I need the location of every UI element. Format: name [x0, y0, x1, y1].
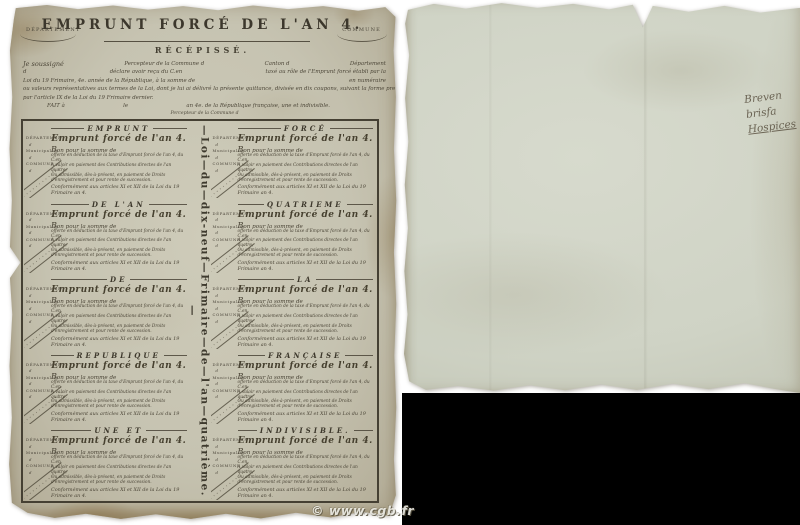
receipt-segment: par l'article IX de la Loi du 19 Frimair…	[23, 94, 154, 102]
coupon-header: REPUBLIQUE	[51, 351, 187, 360]
dash-rule	[330, 128, 373, 129]
margin-label: Municipalité	[26, 450, 50, 457]
coupon-header: UNE ET	[51, 426, 187, 435]
coupon-script-title: Emprunt forcé de l'an 4.	[238, 210, 374, 220]
dash-rule	[51, 128, 84, 129]
margin-label: COMMUNE	[26, 463, 50, 470]
coupon: EMPRUNT DÉPARTEMENTdMunicipalitédCOMMUNE…	[24, 122, 190, 198]
coupon-header: DE L'AN	[51, 200, 187, 209]
coupon-word: FORCÉ	[284, 124, 327, 133]
receipt-line: ou valeurs représentatives aux termes de…	[23, 85, 386, 93]
receipt-segment: Percepteur de la Commune d	[124, 60, 204, 68]
margin-label: DÉPARTEMENT	[213, 135, 237, 142]
coupon-line-admissible: Ou admissible, dès-à-présent, en paiemen…	[51, 249, 187, 259]
dash-rule	[164, 355, 187, 356]
dash-rule	[316, 279, 373, 280]
coupon-script-title: Emprunt forcé de l'an 4.	[238, 285, 374, 295]
coupon-header: FRANÇAISE	[238, 351, 374, 360]
coupon-line-admissible: Ou admissible, dès-à-présent, en paiemen…	[238, 400, 374, 410]
coupon-script-title: Emprunt forcé de l'an 4.	[238, 361, 374, 371]
margin-labels: DÉPARTEMENTdMunicipalitédCOMMUNEd	[213, 211, 237, 250]
coupon-line-admissible: Ou admissible, dès-à-présent, en paiemen…	[238, 476, 374, 486]
receipt-line: ddéclare avoir reçu du C.entaxé au rôle …	[23, 68, 386, 76]
coupon-header: INDIVISIBLE.	[238, 426, 374, 435]
coupon: QUATRIEME DÉPARTEMENTdMunicipalitédCOMMU…	[211, 198, 377, 274]
coupon-grid: —Loi—du—dix-neuf—Frimaire—de—l'an—quatri…	[21, 119, 379, 503]
margin-labels: DÉPARTEMENTdMunicipalitédCOMMUNEd	[213, 437, 237, 476]
margin-labels: DÉPARTEMENTdMunicipalitédCOMMUNEd	[213, 286, 237, 325]
coupon: REPUBLIQUE DÉPARTEMENTdMunicipalitédCOMM…	[24, 349, 190, 425]
verso-sheet	[402, 0, 800, 393]
coupon-word: EMPRUNT	[87, 124, 150, 133]
margin-label: COMMUNE	[26, 161, 50, 168]
coupon-line-admissible: Ou admissible, dès-à-présent, en paiemen…	[51, 400, 187, 410]
verso-paper	[402, 0, 800, 393]
coupon-word: FRANÇAISE	[268, 351, 342, 360]
vertical-law-text: —Loi—du—dix-neuf—Frimaire—de—l'an—quatri…	[190, 122, 211, 500]
margin-labels: DÉPARTEMENTdMunicipalitédCOMMUNEd	[26, 437, 50, 476]
recto-sheet: DÉPARTEMENT EMPRUNT FORCÉ DE L'AN 4. COM…	[8, 4, 397, 521]
dash-rule	[238, 279, 295, 280]
recepisse-heading: RÉCÉPISSÉ.	[8, 45, 397, 55]
handwriting-annotation: BrevenbrisfaHospices	[743, 87, 797, 138]
margin-label: Municipalité	[26, 299, 50, 306]
coupon-line-admissible: Ou admissible, dès-à-présent, en paiemen…	[238, 325, 374, 335]
coupon-script-title: Emprunt forcé de l'an 4.	[51, 285, 187, 295]
coupon-line-conform: Conformément aux articles XI et XII de l…	[238, 260, 374, 272]
coupon-line-conform: Conformément aux articles XI et XII de l…	[238, 184, 374, 196]
coupon-line-conform: Conformément aux articles XI et XII de l…	[51, 487, 187, 499]
receipt-segment: d	[23, 68, 26, 76]
coupon: DE DÉPARTEMENTdMunicipalitédCOMMUNEd Emp…	[24, 273, 190, 349]
margin-label: DÉPARTEMENT	[26, 135, 50, 142]
coupon-line-conform: Conformément aux articles XI et XII de l…	[238, 411, 374, 423]
receipt-line: Percepteur de la Commune d	[23, 110, 386, 118]
margin-labels: DÉPARTEMENTdMunicipalitédCOMMUNEd	[26, 362, 50, 401]
margin-label: COMMUNE	[213, 161, 237, 168]
coupon-word: UNE ET	[94, 426, 143, 435]
receipt-segment: Je soussigné	[23, 60, 64, 68]
dash-rule	[238, 355, 266, 356]
dash-rule	[51, 204, 89, 205]
receipt-segment: déclare avoir reçu du C.en	[110, 68, 183, 76]
dash-rule	[51, 355, 74, 356]
title-rule	[104, 41, 310, 42]
coupon: INDIVISIBLE. DÉPARTEMENTdMunicipalitédCO…	[211, 424, 377, 500]
coupon-header: QUATRIEME	[238, 200, 374, 209]
dash-rule	[130, 279, 186, 280]
coupon-word: LA	[297, 275, 313, 284]
coupon-line-admissible: Ou admissible, dès-à-présent, en paiemen…	[51, 325, 187, 335]
coupon: FORCÉ DÉPARTEMENTdMunicipalitédCOMMUNEd …	[211, 122, 377, 198]
coupon-header: FORCÉ	[238, 124, 374, 133]
margin-label: COMMUNE	[213, 463, 237, 470]
receipt-segment: an 4e. de la République française, une e…	[186, 102, 330, 110]
commune-label: COMMUNE	[342, 27, 381, 33]
margin-labels: DÉPARTEMENTdMunicipalitédCOMMUNEd	[26, 211, 50, 250]
coupon: FRANÇAISE DÉPARTEMENTdMunicipalitédCOMMU…	[211, 349, 377, 425]
receipt-line: FAIT àlean 4e. de la République français…	[23, 102, 386, 110]
coupon-header: EMPRUNT	[51, 124, 187, 133]
coupon-line-admissible: Ou admissible, dès-à-présent, en paiemen…	[51, 174, 187, 184]
dash-rule	[354, 430, 373, 431]
dash-rule	[238, 204, 264, 205]
margin-label: Municipalité	[26, 148, 50, 155]
dash-rule	[345, 355, 373, 356]
coupon-line-admissible: Ou admissible, dès-à-présent, en paiemen…	[238, 249, 374, 259]
margin-label: DÉPARTEMENT	[26, 437, 50, 444]
margin-label: DÉPARTEMENT	[213, 437, 237, 444]
receipt-segment: Percepteur de la Commune d	[170, 110, 238, 118]
coupon-script-title: Emprunt forcé de l'an 4.	[51, 134, 187, 144]
receipt-segment: Département	[350, 60, 386, 68]
dash-rule	[238, 430, 257, 431]
coupon-line-conform: Conformément aux articles XI et XII de l…	[238, 487, 374, 499]
margin-label: DÉPARTEMENT	[213, 286, 237, 293]
coupon-line-admissible: Ou admissible, dès-à-présent, en paiemen…	[238, 174, 374, 184]
dash-rule	[347, 204, 373, 205]
recto-paper: DÉPARTEMENT EMPRUNT FORCÉ DE L'AN 4. COM…	[8, 4, 397, 521]
dash-rule	[146, 430, 186, 431]
receipt-segment: taxé au rôle de l'Emprunt forcé établi p…	[266, 68, 386, 76]
brace-flourish-right	[337, 34, 387, 42]
receipt-segment: en numéraire	[349, 77, 386, 85]
coupon-header: DE	[51, 275, 187, 284]
receipt-segment: le	[123, 102, 128, 110]
coupon-line-conform: Conformément aux articles XI et XII de l…	[51, 336, 187, 348]
coupon-word: DE L'AN	[92, 200, 146, 209]
coupon-line-conform: Conformément aux articles XI et XII de l…	[51, 260, 187, 272]
receipt-segment: Loi du 19 Frimaire, 4e. année de la Répu…	[23, 77, 195, 85]
margin-label: Municipalité	[213, 299, 237, 306]
margin-labels: DÉPARTEMENTdMunicipalitédCOMMUNEd	[213, 362, 237, 401]
margin-label: Municipalité	[213, 148, 237, 155]
coupon-script-title: Emprunt forcé de l'an 4.	[51, 436, 187, 446]
margin-label: COMMUNE	[26, 312, 50, 319]
receipt-line: par l'article IX de la Loi du 19 Frimair…	[23, 94, 386, 102]
dash-rule	[153, 128, 186, 129]
margin-labels: DÉPARTEMENTdMunicipalitédCOMMUNEd	[26, 286, 50, 325]
coupon-word: REPUBLIQUE	[77, 351, 161, 360]
coupon-header: LA	[238, 275, 374, 284]
dash-rule	[149, 204, 187, 205]
receipt-line: Je soussignéPercepteur de la Commune dCa…	[23, 60, 386, 68]
coupon-line-conform: Conformément aux articles XI et XII de l…	[238, 336, 374, 348]
margin-label: DÉPARTEMENT	[26, 286, 50, 293]
coupon: LA DÉPARTEMENTdMunicipalitédCOMMUNEd Emp…	[211, 273, 377, 349]
cgb-watermark: © www.cgb.fr	[311, 503, 414, 518]
coupon-word: DE	[110, 275, 127, 284]
coupon-script-title: Emprunt forcé de l'an 4.	[51, 361, 187, 371]
receipt-segment: ou valeurs représentatives aux termes de…	[23, 85, 411, 93]
margin-label: COMMUNE	[213, 312, 237, 319]
coupon-script-title: Emprunt forcé de l'an 4.	[51, 210, 187, 220]
margin-label: Municipalité	[213, 450, 237, 457]
receipt-line: Loi du 19 Frimaire, 4e. année de la Répu…	[23, 77, 386, 85]
margin-labels: DÉPARTEMENTdMunicipalitédCOMMUNEd	[213, 135, 237, 174]
brace-flourish-left	[20, 34, 76, 42]
coupon-script-title: Emprunt forcé de l'an 4.	[238, 436, 374, 446]
coupon-line-conform: Conformément aux articles XI et XII de l…	[51, 411, 187, 423]
coupon: UNE ET DÉPARTEMENTdMunicipalitédCOMMUNEd…	[24, 424, 190, 500]
coupon-line-conform: Conformément aux articles XI et XII de l…	[51, 184, 187, 196]
dash-rule	[51, 430, 91, 431]
document-title: EMPRUNT FORCÉ DE L'AN 4.	[8, 17, 397, 33]
coupon-word: QUATRIEME	[267, 200, 344, 209]
coupon-script-title: Emprunt forcé de l'an 4.	[238, 134, 374, 144]
dash-rule	[51, 279, 107, 280]
receipt-segment: Canton d	[265, 60, 290, 68]
blacked-out-region	[402, 393, 800, 525]
coupon-line-admissible: Ou admissible, dès-à-présent, en paiemen…	[51, 476, 187, 486]
receipt-segment: FAIT à	[47, 102, 65, 110]
margin-labels: DÉPARTEMENTdMunicipalitédCOMMUNEd	[26, 135, 50, 174]
receipt-paragraph: Je soussignéPercepteur de la Commune dCa…	[23, 60, 386, 119]
coupon: DE L'AN DÉPARTEMENTdMunicipalitédCOMMUNE…	[24, 198, 190, 274]
coupon-word: INDIVISIBLE.	[260, 426, 351, 435]
dash-rule	[238, 128, 281, 129]
